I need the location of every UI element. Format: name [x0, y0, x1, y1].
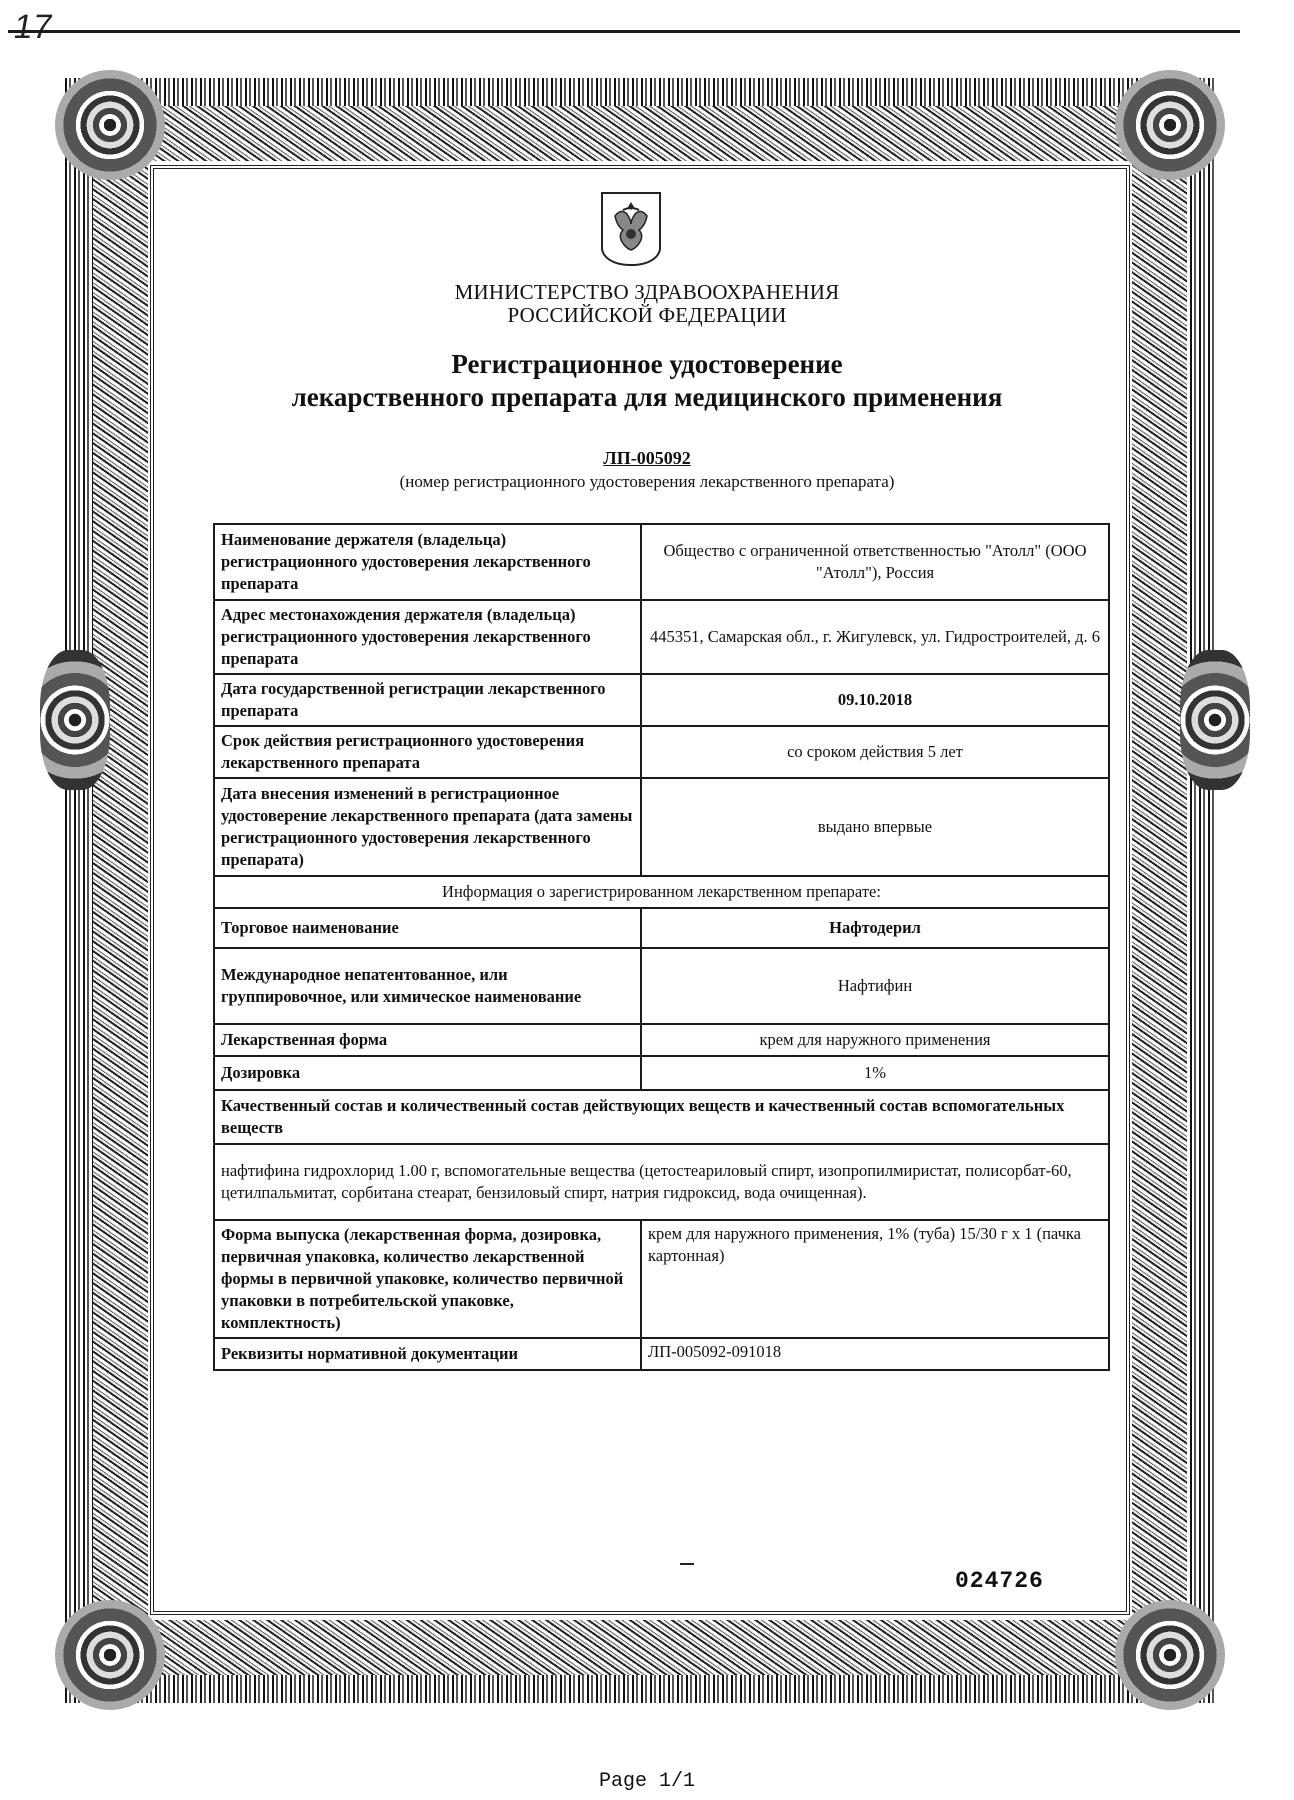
table-row-inn: Международное непатентованное, или групп… [214, 948, 1109, 1024]
certificate-table: Наименование держателя (владельца) регис… [213, 523, 1110, 1371]
document-title-line1: Регистрационное удостоверение [0, 349, 1294, 380]
table-row-composition: нафтифина гидрохлорид 1.00 г, вспомогате… [214, 1144, 1109, 1220]
row-value: Нафтифин [641, 948, 1109, 1024]
rosette-ornament-icon [1180, 650, 1250, 790]
table-row-dosage-form: Лекарственная форма крем для наружного п… [214, 1024, 1109, 1056]
row-label: Адрес местонахождения держателя (владель… [214, 600, 641, 674]
row-value: со сроком действия 5 лет [641, 726, 1109, 778]
table-row-holder-address: Адрес местонахождения держателя (владель… [214, 600, 1109, 674]
row-label: Дата государственной регистрации лекарст… [214, 674, 641, 726]
document-title-line2: лекарственного препарата для медицинског… [0, 382, 1294, 413]
dash-mark [680, 1563, 694, 1565]
row-label: Лекарственная форма [214, 1024, 641, 1056]
ministry-name-line2: РОССИЙСКОЙ ФЕДЕРАЦИИ [0, 303, 1294, 328]
registration-number: ЛП-005092 [0, 448, 1294, 469]
composition-text: нафтифина гидрохлорид 1.00 г, вспомогате… [214, 1144, 1109, 1220]
registration-number-caption: (номер регистрационного удостоверения ле… [0, 472, 1294, 492]
table-row-composition-heading: Качественный состав и количественный сос… [214, 1090, 1109, 1144]
row-label: Дата внесения изменений в регистрационно… [214, 778, 641, 876]
rosette-ornament-icon [40, 650, 110, 790]
row-label: Реквизиты нормативной документации [214, 1338, 641, 1370]
row-label: Дозировка [214, 1056, 641, 1090]
eagle-emblem-icon [603, 194, 659, 264]
table-row-change-date: Дата внесения изменений в регистрационно… [214, 778, 1109, 876]
form-serial-number: 024726 [955, 1568, 1044, 1594]
row-value: крем для наружного применения [641, 1024, 1109, 1056]
table-row-registration-date: Дата государственной регистрации лекарст… [214, 674, 1109, 726]
row-value: выдано впервые [641, 778, 1109, 876]
page-number-footer: Page 1/1 [0, 1770, 1294, 1793]
info-heading: Информация о зарегистрированном лекарств… [214, 876, 1109, 908]
rosette-ornament-icon [55, 1600, 165, 1710]
row-value: ЛП-005092-091018 [641, 1338, 1109, 1370]
rosette-ornament-icon [1115, 70, 1225, 180]
row-value: 445351, Самарская обл., г. Жигулевск, ул… [641, 600, 1109, 674]
table-row-dosage: Дозировка 1% [214, 1056, 1109, 1090]
ministry-name-line1: МИНИСТЕРСТВО ЗДРАВООХРАНЕНИЯ [0, 280, 1294, 305]
table-row-release-form: Форма выпуска (лекарственная форма, дози… [214, 1220, 1109, 1338]
top-rule [8, 30, 1240, 33]
row-label: Форма выпуска (лекарственная форма, дози… [214, 1220, 641, 1338]
table-row-validity-term: Срок действия регистрационного удостовер… [214, 726, 1109, 778]
composition-heading: Качественный состав и количественный сос… [214, 1090, 1109, 1144]
row-label: Срок действия регистрационного удостовер… [214, 726, 641, 778]
corner-handwritten-mark: 17 [11, 8, 56, 47]
table-row-trade-name: Торговое наименование Нафтодерил [214, 908, 1109, 948]
rosette-ornament-icon [1115, 1600, 1225, 1710]
row-value: крем для наружного применения, 1% (туба)… [641, 1220, 1109, 1338]
rosette-ornament-icon [55, 70, 165, 180]
row-value: Общество с ограниченной ответственностью… [641, 524, 1109, 600]
row-value: 09.10.2018 [641, 674, 1109, 726]
row-label: Наименование держателя (владельца) регис… [214, 524, 641, 600]
russian-coat-of-arms-icon [601, 192, 661, 266]
row-value: 1% [641, 1056, 1109, 1090]
row-label: Международное непатентованное, или групп… [214, 948, 641, 1024]
table-row-normative-docs: Реквизиты нормативной документации ЛП-00… [214, 1338, 1109, 1370]
row-value: Нафтодерил [641, 908, 1109, 948]
table-row-holder-name: Наименование держателя (владельца) регис… [214, 524, 1109, 600]
row-label: Торговое наименование [214, 908, 641, 948]
table-row-info-heading: Информация о зарегистрированном лекарств… [214, 876, 1109, 908]
